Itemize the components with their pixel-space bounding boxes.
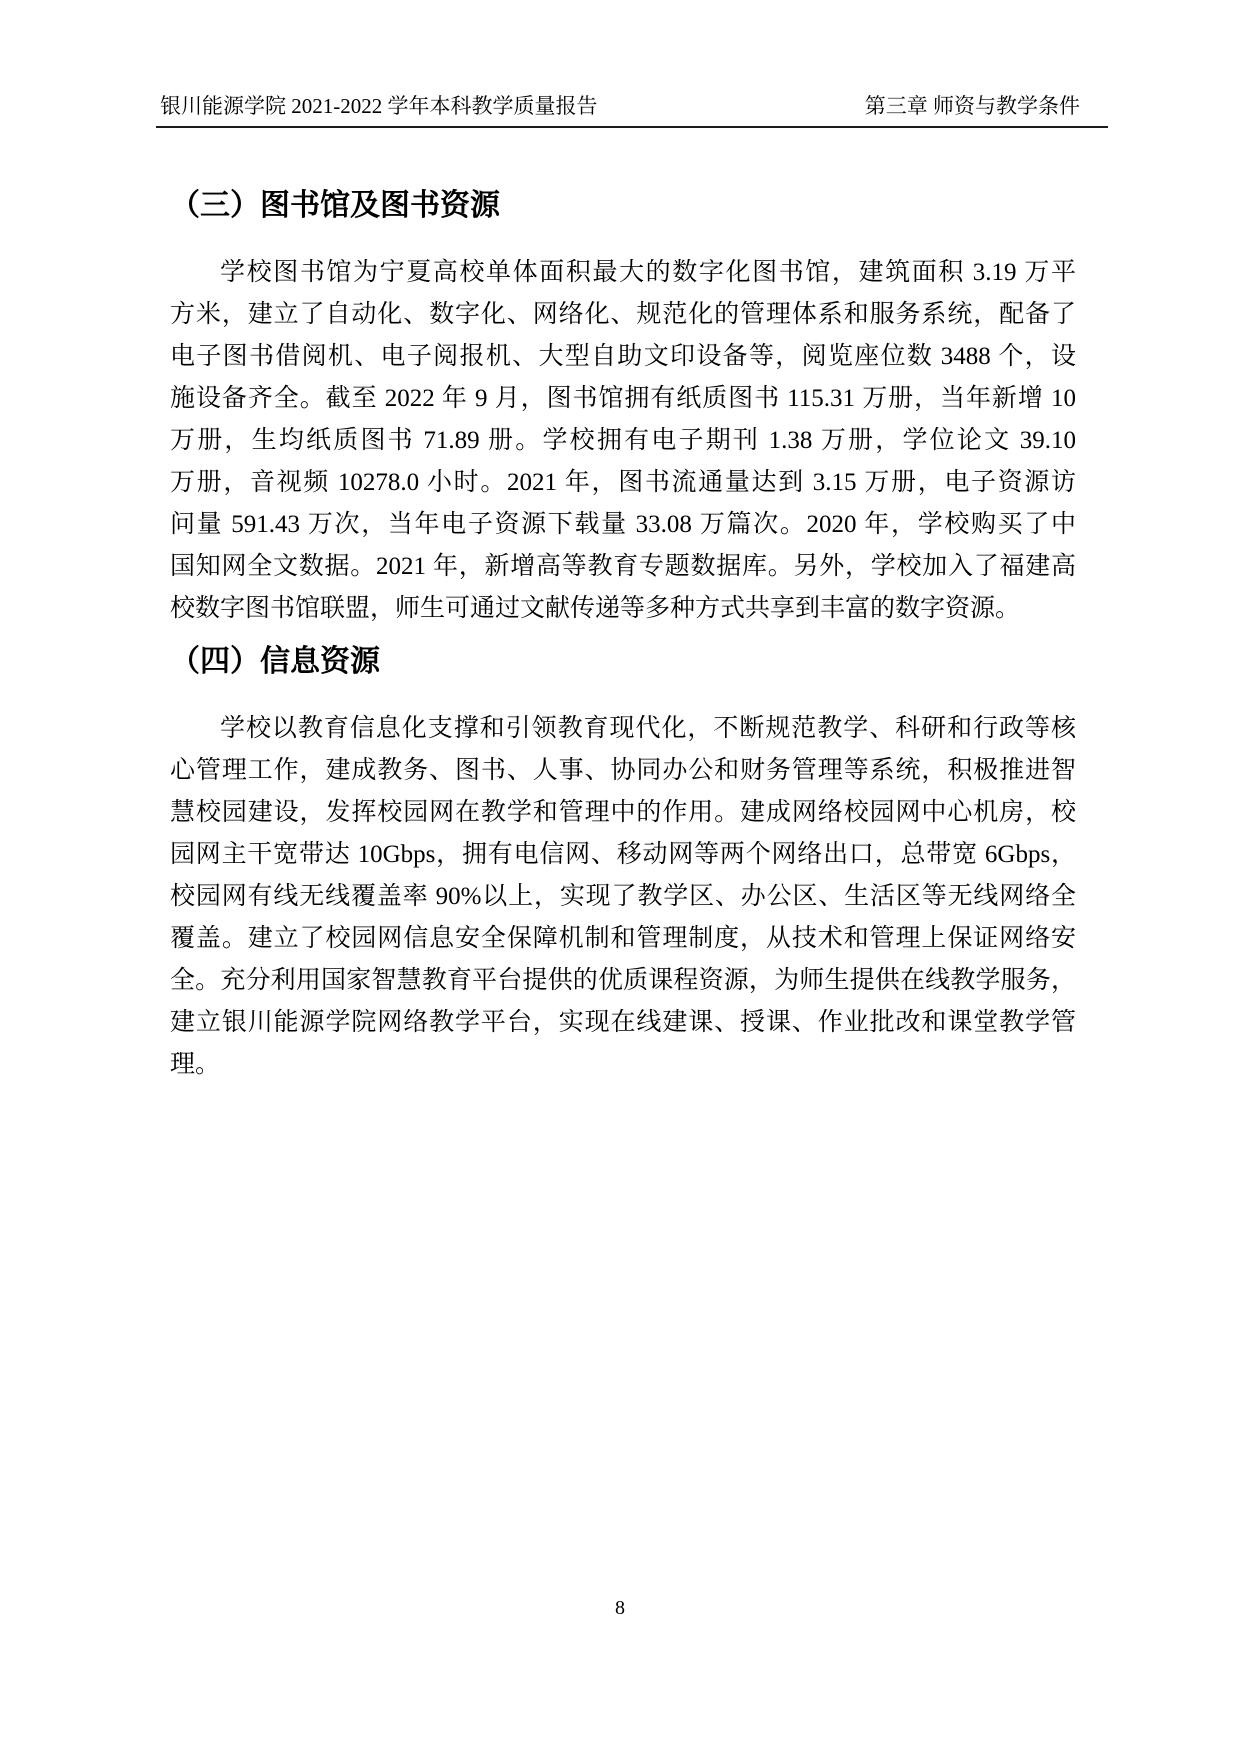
- paragraph-line: 园网主干宽带达 10Gbps，拥有电信网、移动网等两个网络出口，总带宽 6Gbp…: [170, 834, 1076, 876]
- header-left-title: 银川能源学院 2021-2022 学年本科教学质量报告: [160, 93, 598, 119]
- paragraph-line: 覆盖。建立了校园网信息安全保障机制和管理制度，从技术和管理上保证网络安: [170, 918, 1076, 960]
- paragraph-line: 万册，音视频 10278.0 小时。2021 年，图书流通量达到 3.15 万册…: [170, 462, 1076, 504]
- page-footer: 8: [0, 1596, 1240, 1620]
- paragraph-line: 学校图书馆为宁夏高校单体面积最大的数字化图书馆，建筑面积 3.19 万平: [170, 252, 1076, 294]
- paragraph-line: 校数字图书馆联盟，师生可通过文献传递等多种方式共享到丰富的数字资源。: [170, 588, 1076, 630]
- header-right-chapter: 第三章 师资与教学条件: [865, 93, 1080, 119]
- paragraph-line: 校园网有线无线覆盖率 90%以上，实现了教学区、办公区、生活区等无线网络全: [170, 876, 1076, 918]
- paragraph-line: 万册，生均纸质图书 71.89 册。学校拥有电子期刊 1.38 万册，学位论文 …: [170, 420, 1076, 462]
- page-number: 8: [615, 1597, 625, 1619]
- paragraph-line: 全。充分利用国家智慧教育平台提供的优质课程资源，为师生提供在线教学服务，: [170, 960, 1076, 1002]
- paragraph-line: 施设备齐全。截至 2022 年 9 月，图书馆拥有纸质图书 115.31 万册，…: [170, 378, 1076, 420]
- paragraph-line: 建立银川能源学院网络教学平台，实现在线建课、授课、作业批改和课堂教学管: [170, 1002, 1076, 1044]
- page-header: 银川能源学院 2021-2022 学年本科教学质量报告 第三章 师资与教学条件: [160, 93, 1080, 119]
- paragraph-line: 理。: [170, 1044, 1076, 1086]
- document-body: （三）图书馆及图书资源学校图书馆为宁夏高校单体面积最大的数字化图书馆，建筑面积 …: [170, 188, 1076, 1100]
- paragraph: 学校图书馆为宁夏高校单体面积最大的数字化图书馆，建筑面积 3.19 万平方米，建…: [170, 252, 1076, 630]
- paragraph-line: 方米，建立了自动化、数字化、网络化、规范化的管理体系和服务系统，配备了: [170, 294, 1076, 336]
- header-divider: [156, 126, 1108, 128]
- paragraph-line: 国知网全文数据。2021 年，新增高等教育专题数据库。另外，学校加入了福建高: [170, 546, 1076, 588]
- paragraph: 学校以教育信息化支撑和引领教育现代化，不断规范教学、科研和行政等核心管理工作，建…: [170, 708, 1076, 1086]
- paragraph-line: 慧校园建设，发挥校园网在教学和管理中的作用。建成网络校园网中心机房，校: [170, 792, 1076, 834]
- paragraph-line: 电子图书借阅机、电子阅报机、大型自助文印设备等，阅览座位数 3488 个，设: [170, 336, 1076, 378]
- document-page: 银川能源学院 2021-2022 学年本科教学质量报告 第三章 师资与教学条件 …: [0, 0, 1240, 1753]
- section-heading: （三）图书馆及图书资源: [170, 188, 1076, 224]
- paragraph-line: 心管理工作，建成教务、图书、人事、协同办公和财务管理等系统，积极推进智: [170, 750, 1076, 792]
- paragraph-line: 学校以教育信息化支撑和引领教育现代化，不断规范教学、科研和行政等核: [170, 708, 1076, 750]
- section-heading: （四）信息资源: [170, 644, 1076, 680]
- paragraph-line: 问量 591.43 万次，当年电子资源下载量 33.08 万篇次。2020 年，…: [170, 504, 1076, 546]
